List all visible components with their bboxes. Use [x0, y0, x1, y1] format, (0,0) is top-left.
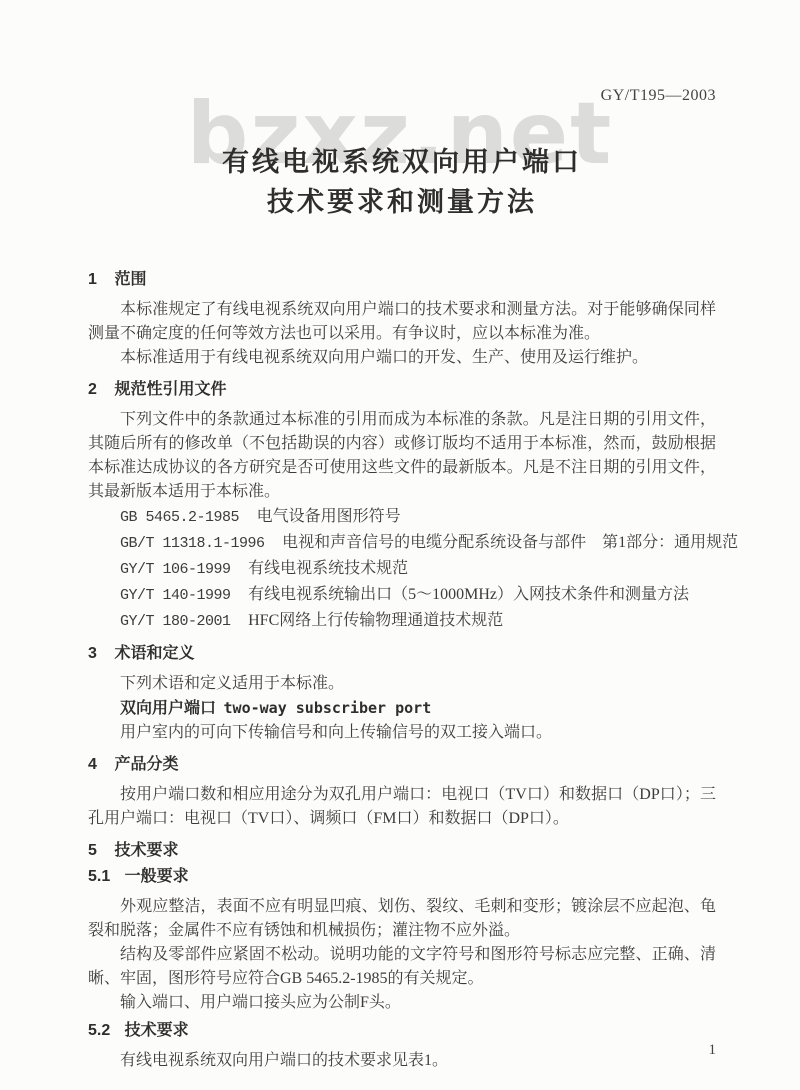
section-title: 技术要求: [115, 842, 179, 859]
term-english: two-way subscriber port: [224, 699, 432, 717]
document-title-line2: 技术要求和测量方法: [88, 182, 716, 222]
reference-line: GY/T 140-1999有线电视系统输出口（5～1000MHz）入网技术条件和…: [88, 582, 716, 608]
section-number: 5.1: [88, 868, 110, 885]
reference-title: 有线电视系统输出口（5～1000MHz）入网技术条件和测量方法: [248, 586, 689, 603]
section-5-2-paragraph: 有线电视系统双向用户端口的技术要求见表1。: [88, 1049, 716, 1073]
section-2-heading: 2规范性引用文件: [88, 380, 716, 400]
section-5-1-heading: 5.1一般要求: [88, 867, 716, 887]
section-title: 规范性引用文件: [115, 381, 227, 398]
reference-line: GY/T 106-1999有线电视系统技术规范: [88, 556, 716, 582]
section-2-intro: 下列文件中的条款通过本标准的引用而成为本标准的条款。凡是注日期的引用文件，其随后…: [88, 408, 716, 504]
section-1-heading: 1范围: [88, 270, 716, 290]
section-4-paragraph: 按用户端口数和相应用途分为双孔用户端口：电视口（TV口）和数据口（DP口）；三孔…: [88, 783, 716, 831]
section-title: 范围: [115, 271, 147, 288]
section-title: 术语和定义: [115, 645, 195, 662]
section-5-1-paragraph-1: 外观应整洁，表面不应有明显凹痕、划伤、裂纹、毛刺和变形；镀涂层不应起泡、龟裂和脱…: [88, 895, 716, 943]
section-5-1-paragraph-3: 输入端口、用户端口接头应为公制F头。: [88, 991, 716, 1015]
section-5-1-paragraph-2: 结构及零部件应紧固不松动。说明功能的文字符号和图形符号标志应完整、正确、清晰、牢…: [88, 943, 716, 991]
reference-code: GY/T 106-1999: [120, 561, 231, 578]
section-3-heading: 3术语和定义: [88, 644, 716, 664]
section-number: 5.2: [88, 1022, 110, 1039]
section-1-paragraph-1: 本标准规定了有线电视系统双向用户端口的技术要求和测量方法。对于能够确保同样测量不…: [88, 298, 716, 346]
document-title: 有线电视系统双向用户端口 技术要求和测量方法: [88, 142, 716, 222]
section-number: 1: [88, 271, 97, 288]
section-title: 一般要求: [125, 868, 189, 885]
section-number: 5: [88, 842, 97, 859]
reference-line: GB 5465.2-1985电气设备用图形符号: [88, 504, 716, 530]
reference-title: HFC网络上行传输物理通道技术规范: [248, 612, 503, 629]
section-title: 产品分类: [115, 756, 179, 773]
reference-code: GY/T 180-2001: [120, 613, 231, 630]
section-title: 技术要求: [125, 1022, 189, 1039]
page-number: 1: [709, 1038, 717, 1062]
term-line: 双向用户端口two-way subscriber port: [88, 696, 716, 721]
term-definition: 用户室内的可向下传输信号和向上传输信号的双工接入端口。: [88, 721, 716, 745]
reference-code: GB 5465.2-1985: [120, 509, 239, 526]
page-content: GY/T195—2003 有线电视系统双向用户端口 技术要求和测量方法 1范围 …: [0, 0, 800, 1073]
section-4-heading: 4产品分类: [88, 755, 716, 775]
reference-code: GB/T 11318.1-1996: [120, 535, 265, 552]
reference-line: GB/T 11318.1-1996电视和声音信号的电缆分配系统设备与部件 第1部…: [88, 530, 716, 556]
document-title-line1: 有线电视系统双向用户端口: [88, 142, 716, 182]
section-number: 4: [88, 756, 97, 773]
standard-number: GY/T195—2003: [88, 0, 716, 108]
reference-line: GY/T 180-2001HFC网络上行传输物理通道技术规范: [88, 608, 716, 634]
document-page: bzxz.net GY/T195—2003 有线电视系统双向用户端口 技术要求和…: [0, 0, 800, 1090]
section-number: 3: [88, 645, 97, 662]
section-5-2-heading: 5.2技术要求: [88, 1021, 716, 1041]
reference-title: 有线电视系统技术规范: [248, 560, 408, 577]
section-3-intro: 下列术语和定义适用于本标准。: [88, 672, 716, 696]
section-number: 2: [88, 381, 97, 398]
section-1-paragraph-2: 本标准适用于有线电视系统双向用户端口的开发、生产、使用及运行维护。: [88, 346, 716, 370]
term-chinese: 双向用户端口: [120, 700, 216, 717]
reference-title: 电视和声音信号的电缆分配系统设备与部件 第1部分：通用规范: [282, 534, 738, 551]
reference-code: GY/T 140-1999: [120, 587, 231, 604]
section-5-heading: 5技术要求: [88, 841, 716, 861]
reference-title: 电气设备用图形符号: [257, 508, 401, 525]
